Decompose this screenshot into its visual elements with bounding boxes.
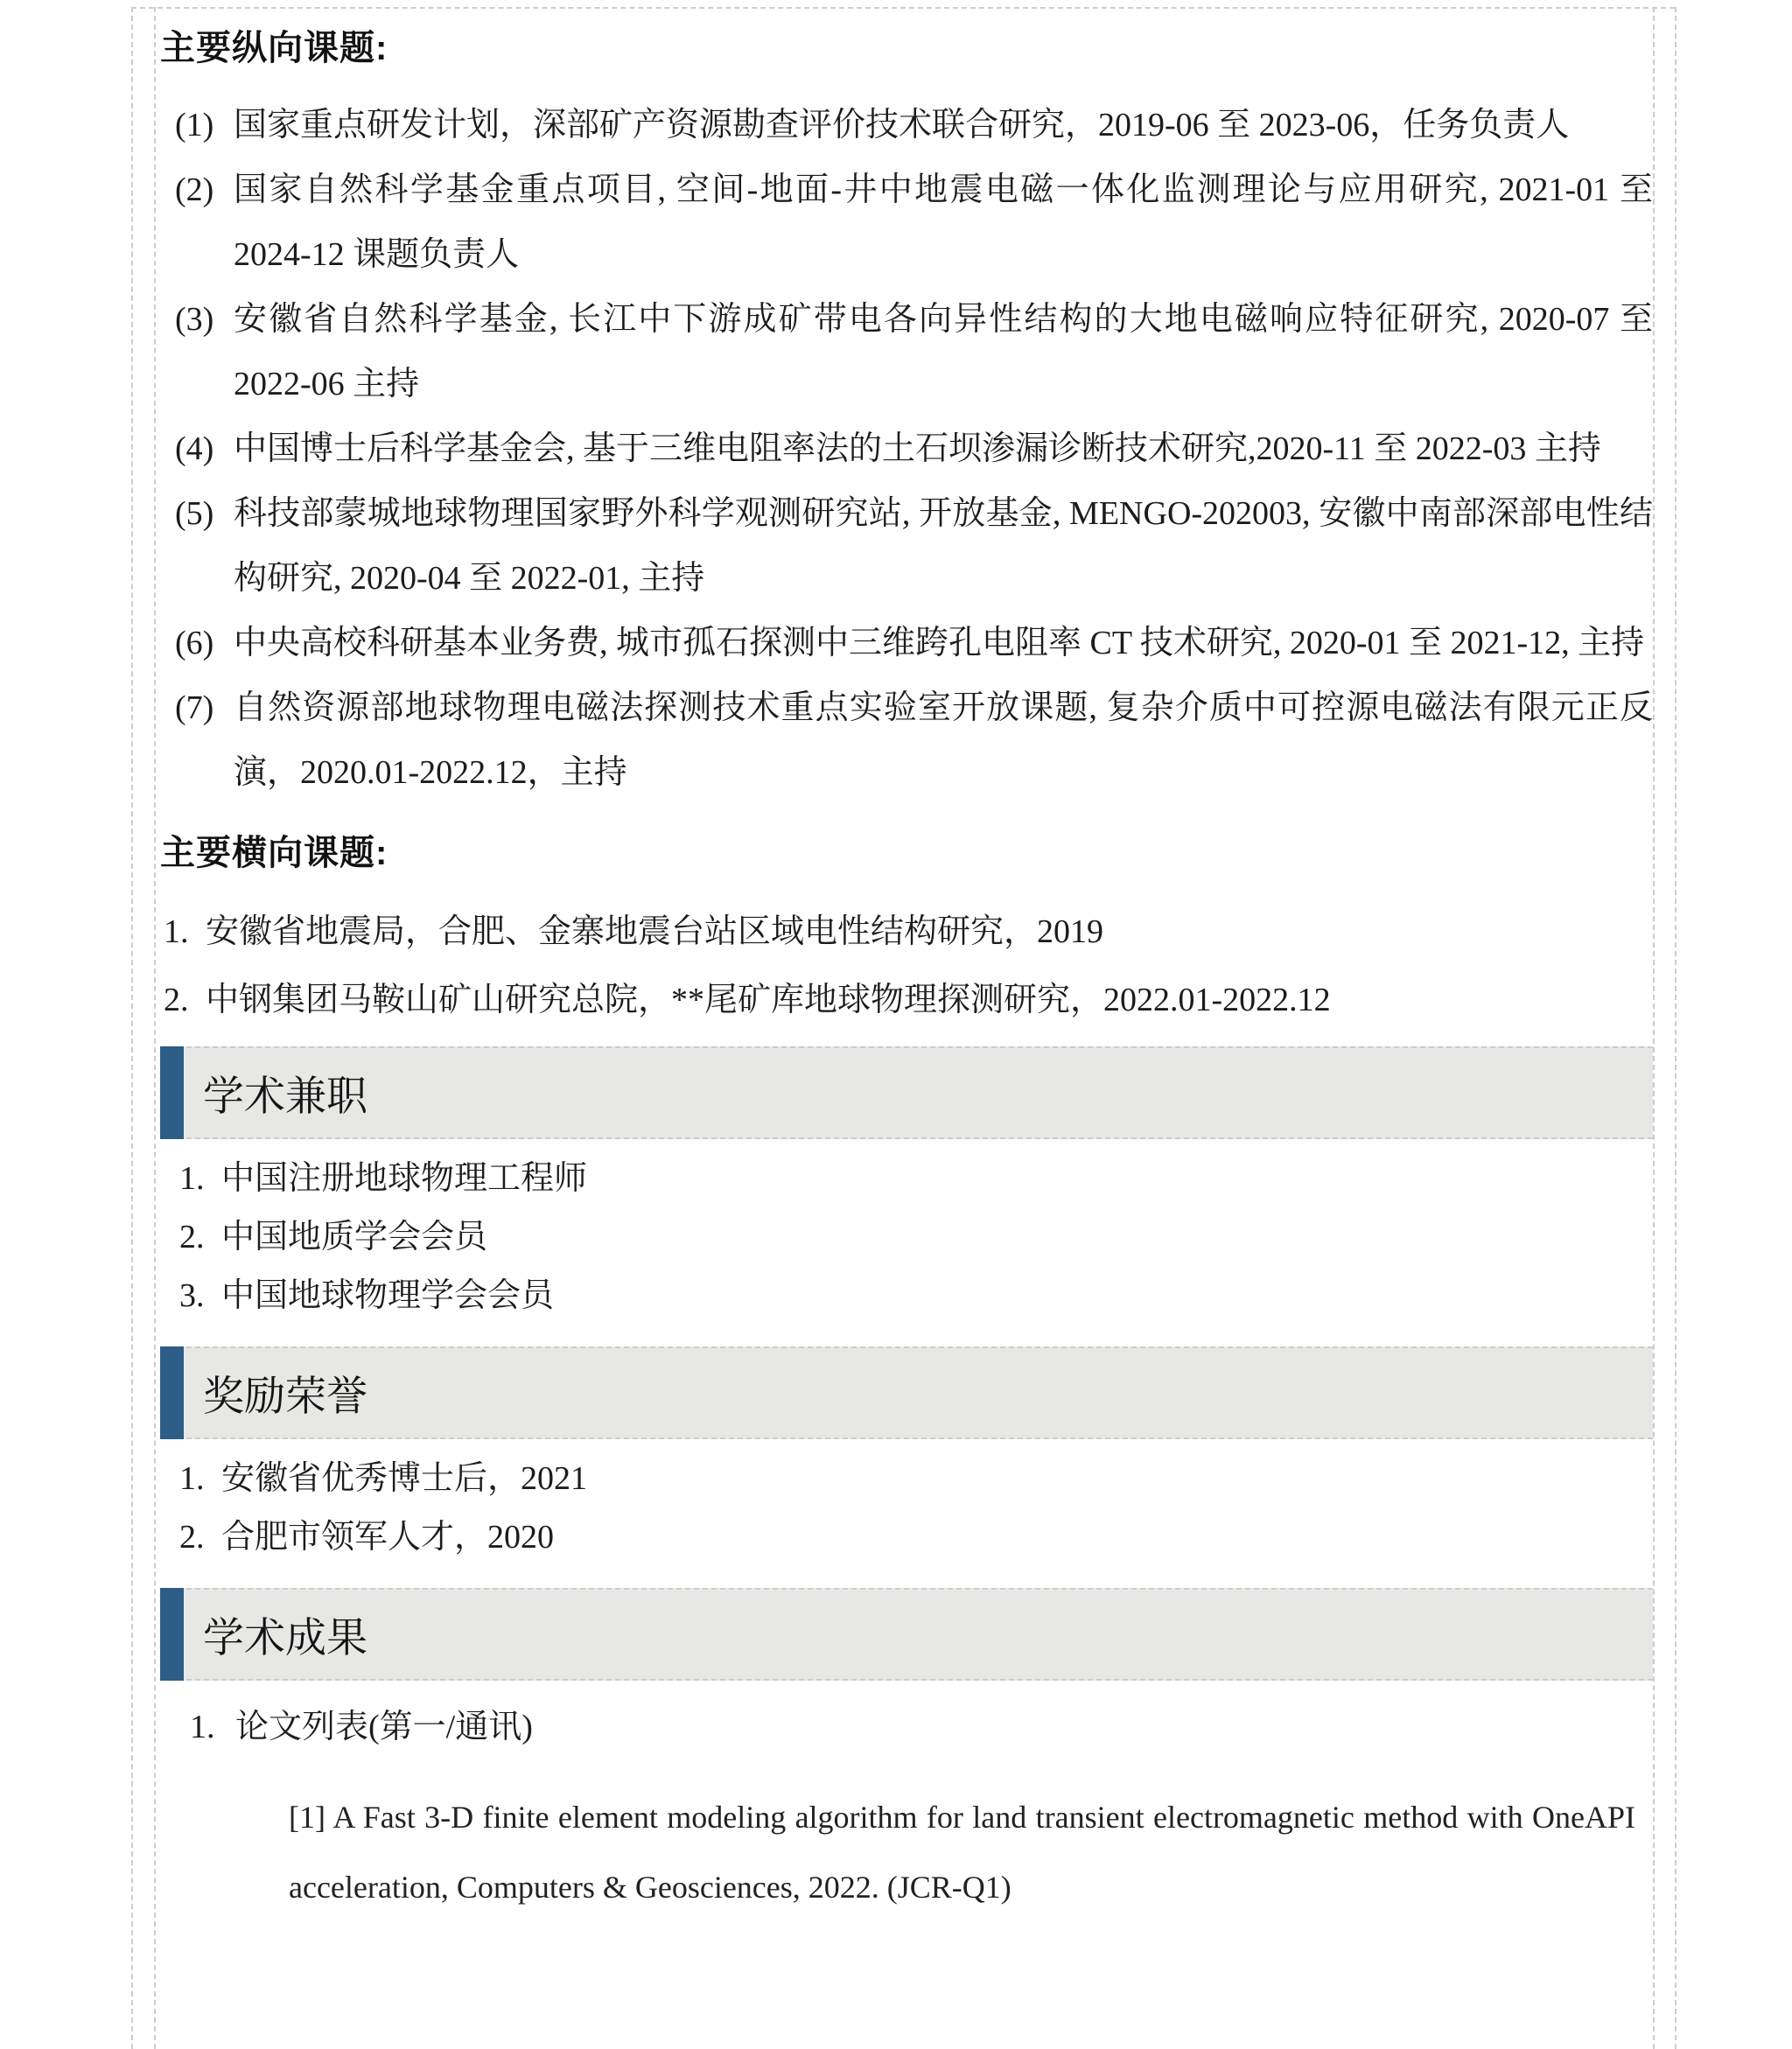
- horizontal-project-item: 1. 安徽省地震局，合肥、金寨地震台站区域电性结构研究，2019: [160, 898, 1653, 966]
- item-number-marker: 2.: [160, 966, 206, 1034]
- item-number-marker: 1.: [179, 1150, 221, 1208]
- academic-position-item: 2. 中国地质学会会员: [179, 1208, 1653, 1267]
- item-text: 安徽省优秀博士后，2021: [221, 1450, 1653, 1508]
- vertical-project-item: (4) 中国博士后科学基金会, 基于三维电阻率法的土石坝渗漏诊断技术研究,202…: [160, 416, 1653, 481]
- item-text: 中钢集团马鞍山矿山研究总院，**尾矿库地球物理探测研究，2022.01-2022…: [206, 966, 1653, 1034]
- item-text: 中国地球物理学会会员: [221, 1267, 1653, 1325]
- section-accent-block: [160, 1588, 184, 1681]
- item-text: 国家重点研发计划，深部矿产资源勘查评价技术联合研究，2019-06 至 2023…: [234, 93, 1653, 157]
- vertical-project-item: (2) 国家自然科学基金重点项目, 空间-地面-井中地震电磁一体化监测理论与应用…: [160, 157, 1653, 287]
- item-text: 中国地质学会会员: [221, 1208, 1653, 1267]
- item-number-marker: (5): [160, 481, 234, 611]
- section-header-awards: 奖励荣誉: [160, 1346, 1653, 1439]
- table-border-right-inner: [1653, 7, 1655, 2049]
- vertical-project-item: (6) 中央高校科研基本业务费, 城市孤石探测中三维跨孔电阻率 CT 技术研究,…: [160, 611, 1653, 675]
- section-awards: 奖励荣誉 1. 安徽省优秀博士后，2021 2. 合肥市领军人才，2020: [160, 1346, 1653, 1576]
- item-text: 中国注册地球物理工程师: [221, 1150, 1653, 1208]
- item-text: 国家自然科学基金重点项目, 空间-地面-井中地震电磁一体化监测理论与应用研究, …: [234, 157, 1653, 287]
- item-number-marker: (6): [160, 611, 234, 675]
- item-text: 合肥市领军人才，2020: [221, 1508, 1653, 1567]
- item-number-marker: (2): [160, 157, 234, 287]
- document-body: 主要纵向课题: (1) 国家重点研发计划，深部矿产资源勘查评价技术联合研究，20…: [160, 9, 1653, 1922]
- table-border-left-inner: [154, 7, 156, 2049]
- item-text: 科技部蒙城地球物理国家野外科学观测研究站, 开放基金, MENGO-202003…: [234, 481, 1653, 611]
- section-header-academic-positions: 学术兼职: [160, 1046, 1653, 1139]
- item-text: 自然资源部地球物理电磁法探测技术重点实验室开放课题, 复杂介质中可控源电磁法有限…: [234, 675, 1653, 805]
- award-item: 1. 安徽省优秀博士后，2021: [179, 1450, 1653, 1508]
- item-number-marker: 1.: [160, 898, 206, 966]
- horizontal-projects-list: 1. 安徽省地震局，合肥、金寨地震台站区域电性结构研究，2019 2. 中钢集团…: [160, 898, 1653, 1034]
- award-item: 2. 合肥市领军人才，2020: [179, 1508, 1653, 1567]
- section-title: 学术成果: [203, 1605, 367, 1664]
- cv-document-page: { "document": { "headings": { "vertical_…: [0, 0, 1792, 2049]
- awards-list: 1. 安徽省优秀博士后，2021 2. 合肥市领军人才，2020: [160, 1439, 1653, 1576]
- item-number-marker: (7): [160, 675, 234, 805]
- section-achievements: 学术成果 1. 论文列表(第一/通讯) [1] A Fast 3-D finit…: [160, 1588, 1653, 1922]
- vertical-projects-list: (1) 国家重点研发计划，深部矿产资源勘查评价技术联合研究，2019-06 至 …: [160, 93, 1653, 805]
- item-number-marker: (4): [160, 416, 234, 481]
- vertical-project-item: (5) 科技部蒙城地球物理国家野外科学观测研究站, 开放基金, MENGO-20…: [160, 481, 1653, 611]
- section-title: 奖励荣誉: [203, 1364, 367, 1423]
- item-number-marker: (3): [160, 287, 234, 416]
- table-border-left-outer: [131, 7, 133, 2049]
- academic-position-item: 1. 中国注册地球物理工程师: [179, 1150, 1653, 1208]
- section-header-achievements: 学术成果: [160, 1588, 1653, 1681]
- vertical-project-item: (7) 自然资源部地球物理电磁法探测技术重点实验室开放课题, 复杂介质中可控源电…: [160, 675, 1653, 805]
- publications-list-title: 论文列表(第一/通讯): [235, 1702, 1653, 1752]
- heading-vertical-projects: 主要纵向课题:: [160, 26, 1653, 70]
- item-number-marker: 2.: [179, 1508, 221, 1567]
- item-number-marker: 3.: [179, 1267, 221, 1325]
- item-number-marker: 1.: [179, 1450, 221, 1508]
- table-border-right-outer: [1675, 7, 1676, 2049]
- academic-position-item: 3. 中国地球物理学会会员: [179, 1267, 1653, 1325]
- section-accent-block: [160, 1046, 184, 1139]
- publication-entry: [1] A Fast 3-D finite element modeling a…: [289, 1782, 1635, 1922]
- item-text: 安徽省自然科学基金, 长江中下游成矿带电各向异性结构的大地电磁响应特征研究, 2…: [234, 287, 1653, 416]
- item-number-marker: 2.: [179, 1208, 221, 1267]
- item-text: 中央高校科研基本业务费, 城市孤石探测中三维跨孔电阻率 CT 技术研究, 202…: [234, 611, 1653, 675]
- vertical-project-item: (1) 国家重点研发计划，深部矿产资源勘查评价技术联合研究，2019-06 至 …: [160, 93, 1653, 157]
- section-title: 学术兼职: [203, 1064, 367, 1122]
- item-number-marker: (1): [160, 93, 234, 157]
- item-text: 安徽省地震局，合肥、金寨地震台站区域电性结构研究，2019: [206, 898, 1653, 966]
- vertical-project-item: (3) 安徽省自然科学基金, 长江中下游成矿带电各向异性结构的大地电磁响应特征研…: [160, 287, 1653, 416]
- section-accent-block: [160, 1346, 184, 1439]
- item-text: 中国博士后科学基金会, 基于三维电阻率法的土石坝渗漏诊断技术研究,2020-11…: [234, 416, 1653, 481]
- item-number-marker: 1.: [190, 1702, 235, 1752]
- horizontal-project-item: 2. 中钢集团马鞍山矿山研究总院，**尾矿库地球物理探测研究，2022.01-2…: [160, 966, 1653, 1034]
- heading-horizontal-projects: 主要横向课题:: [160, 831, 1653, 875]
- section-academic-positions: 学术兼职 1. 中国注册地球物理工程师 2. 中国地质学会会员 3. 中国地球物…: [160, 1046, 1653, 1334]
- academic-positions-list: 1. 中国注册地球物理工程师 2. 中国地质学会会员 3. 中国地球物理学会会员: [160, 1139, 1653, 1334]
- publications-list-heading: 1. 论文列表(第一/通讯): [160, 1702, 1653, 1752]
